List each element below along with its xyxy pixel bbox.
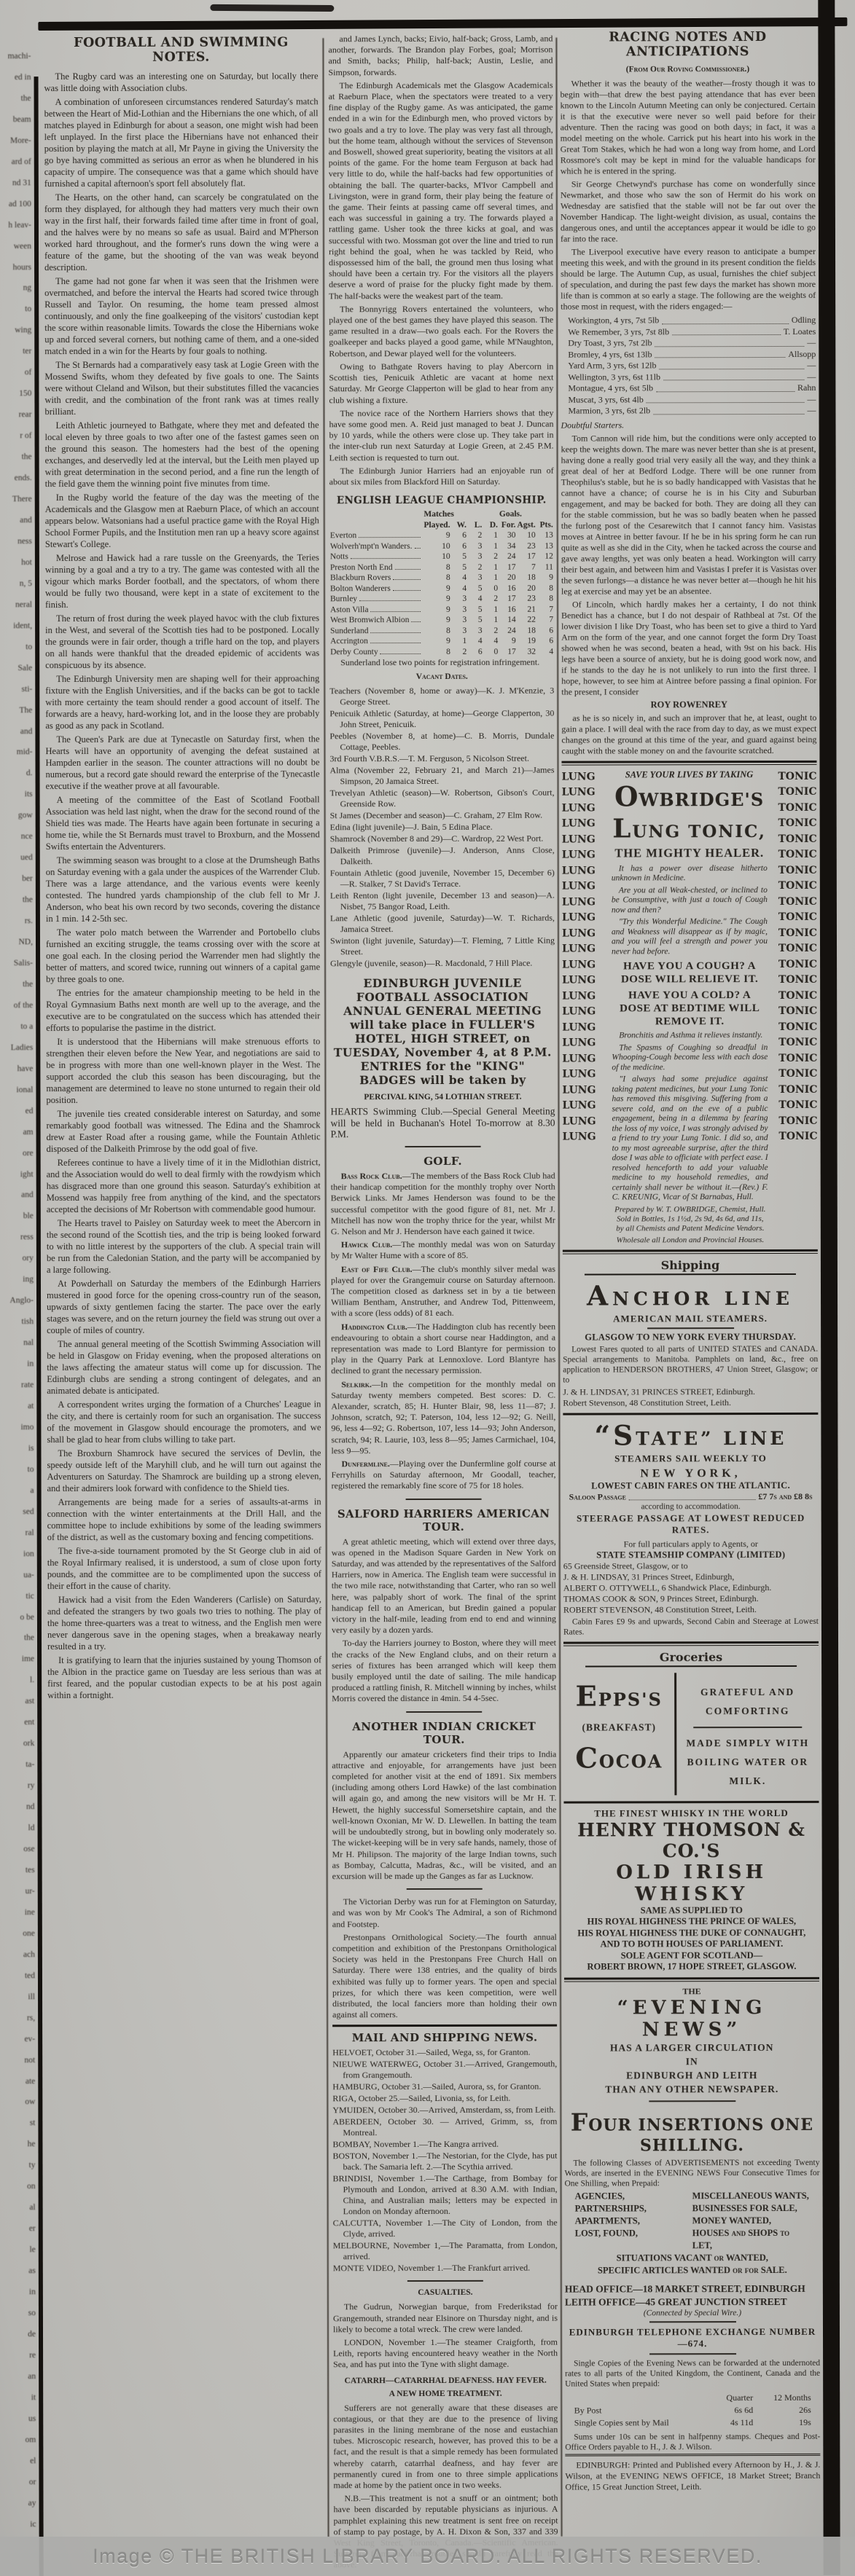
edge-fragment: ND,: [0, 938, 33, 946]
edge-fragment: rear: [0, 410, 32, 419]
article-paragraph: The Queen's Park are due at Tynecastle o…: [45, 733, 319, 792]
edge-fragment: ween: [0, 242, 31, 251]
border-word: LUNG: [562, 785, 607, 801]
article-paragraph: Hawick had a visit from the Eden Wandere…: [47, 1593, 321, 1652]
list-item: Lane Athletic (good juvenile, Saturday)—…: [330, 913, 555, 935]
border-word: TONIC: [772, 1035, 817, 1051]
article-paragraph: The five-a-side tournament promoted by t…: [47, 1544, 321, 1592]
league-row: Bolton Wanderers 9 4 5 0 16 20 8: [329, 583, 554, 594]
league-row: Burnley 9 3 4 2 17 23 8: [329, 594, 554, 605]
edge-fragment: is: [0, 1444, 34, 1453]
section-divider: [405, 1498, 482, 1499]
epps-brand: EPPS'S: [568, 1680, 670, 1713]
edge-fragment: it: [2, 2393, 36, 2402]
article-paragraph: Arrangements are being made for a series…: [47, 1496, 321, 1543]
edge-fragment: the: [0, 895, 33, 904]
weights-row: Muscat, 3 yrs, 6st 4lb—: [568, 393, 816, 405]
league-title: ENGLISH LEAGUE CHAMPIONSHIP.: [329, 495, 554, 507]
league-row: Blackburn Rovers 8 4 3 1 20 18 9: [329, 573, 554, 584]
article-paragraph: The Edinburgh Academicals met the Glasgo…: [329, 79, 554, 302]
edge-fragment: ter: [0, 347, 31, 356]
league-header: Played.: [423, 520, 450, 531]
edge-fragment: The: [0, 706, 32, 715]
category-item: PARTNERSHIPS,: [575, 2202, 692, 2215]
edge-fragment: the: [0, 980, 33, 989]
border-word: TONIC: [772, 800, 817, 816]
evening-news-line: IN: [564, 2054, 819, 2068]
salford-title: SALFORD HARRIERS AMERICAN TOUR.: [332, 1507, 556, 1534]
edge-fragment: sed: [1, 1507, 34, 1516]
article-paragraph: and James Lynch, backs; Eivio, half-back…: [328, 34, 553, 78]
anchor-agent-1: J. & H. LINDSAY, 31 PRINCES STREET, Edin…: [563, 1386, 818, 1397]
edge-fragment: beam: [0, 115, 31, 124]
edge-fragment: ate: [1, 2077, 35, 2086]
edge-fragment: rs,: [1, 2014, 35, 2022]
list-item: Fountain Athletic (good juvenile, Novemb…: [330, 868, 555, 890]
golf-title: GOLF.: [331, 1155, 555, 1169]
edge-fragment: ight: [0, 1170, 34, 1179]
juvenile-assoc-signature: PERCIVAL KING, 54 LOTHIAN STREET.: [330, 1093, 555, 1102]
edge-fragment: the: [0, 452, 32, 461]
library-watermark: Image © THE BRITISH LIBRARY BOARD. ALL R…: [0, 2537, 855, 2576]
border-word: TONIC: [772, 1019, 817, 1035]
shipping-news-list: HELVOET, October 31.—Sailed, Wega, ss, f…: [332, 2047, 558, 2274]
edge-fragment: Sale: [0, 664, 32, 672]
ad-divider: [649, 2100, 735, 2102]
border-word: LUNG: [562, 769, 607, 785]
golf-item: Selkirk.—In the competition for the mont…: [331, 1378, 555, 1456]
publisher-imprint: EDINBURGH: Printed and Published every A…: [565, 2453, 820, 2492]
advert-paragraph: It has a power over disease hitherto unk…: [612, 864, 768, 884]
epps-slogan-1: GRATEFUL AND COMFORTING: [679, 1682, 816, 1720]
edge-fragment: have: [0, 1064, 33, 1073]
edge-fragment: re: [2, 2351, 36, 2360]
edge-fragment: ard of: [0, 157, 31, 166]
list-item: Glengyle (juvenile, season)—R. Macdonald…: [330, 958, 555, 970]
evening-news-ad: THE “EVENING NEWS” HAS A LARGER CIRCULAT…: [564, 1985, 820, 2492]
article-paragraph: In the Rugby world the feature of the da…: [45, 491, 319, 550]
article-paragraph: The Liverpool executive have every reaso…: [561, 246, 816, 313]
list-item: Peebles (November 8, at home)—C. B. Morr…: [329, 731, 554, 753]
border-word: TONIC: [772, 863, 817, 879]
article-paragraph: A combination of unforeseen circumstance…: [44, 95, 319, 189]
edge-fragment: and: [0, 1191, 34, 1200]
edge-fragment: a: [1, 1486, 34, 1495]
article-paragraph: Of Lincoln, which hardly makes her a cer…: [561, 598, 816, 697]
league-row: Accrington 9 1 4 4 9 19 6: [329, 636, 554, 647]
cricket-title: ANOTHER INDIAN CRICKET TOUR.: [332, 1719, 556, 1746]
league-header: Agst.: [516, 519, 536, 530]
article-paragraph: Whether it was the beauty of the weather…: [561, 78, 816, 177]
edge-fragment: an: [2, 2372, 36, 2381]
edge-fragment: to: [1, 1465, 34, 1474]
article-paragraph: It is gratifying to learn that the injur…: [47, 1654, 321, 1701]
article-paragraph: The water polo match between the Warrend…: [46, 926, 320, 985]
postal-rates-note: Sums under 10s can be sent in halfpenny …: [565, 2431, 820, 2452]
weights-row: Dry Toast, 3 yrs, 7st 2lb—: [568, 337, 816, 349]
edge-fragment: and: [0, 727, 32, 736]
article-paragraph: A great athletic meeting, which will ext…: [332, 1536, 556, 1635]
cropped-edge-column: machi-ed inthebeamMore-ard ofnd 31ad 100…: [0, 52, 36, 2529]
rates-row: Single Copies sent by Mail 4s 11d 19s: [573, 2416, 813, 2429]
epps-product: COCOA: [568, 1742, 670, 1775]
article-paragraph: Leith Athletic journeyed to Bathgate, wh…: [45, 419, 319, 490]
article-paragraph: Sir George Chetwynd's purchase has come …: [561, 178, 816, 245]
edge-fragment: ime: [1, 1655, 34, 1664]
list-item: Teachers (November 8, home or away)—K. J…: [329, 686, 554, 708]
state-line-ad: “STATE” LINE STEAMERS SAIL WEEKLY TO NEW…: [563, 1418, 819, 1637]
agent-line: ROBERT STEVENSON, 48 Constitution Street…: [563, 1603, 819, 1615]
article-paragraph: The St Bernards had a comparatively easy…: [44, 358, 319, 417]
edge-fragment: gow: [0, 811, 33, 820]
owbridge-cold-line: HAVE YOU A COLD? A DOSE AT BEDTIME WILL …: [612, 989, 768, 1028]
list-item: Leith Renton (light juvenile, December 1…: [330, 890, 555, 913]
border-word: TONIC: [772, 925, 817, 941]
section-rule: [563, 1641, 819, 1646]
owbridge-wholesale: Wholesale all London and Provincial Hous…: [612, 1236, 768, 1245]
edge-fragment: on: [2, 2182, 36, 2191]
edge-fragment: so: [2, 2309, 36, 2317]
edge-fragment: ork: [1, 1739, 34, 1748]
whisky-line: HIS ROYAL HIGHNESS THE DUKE OF CONNAUGHT…: [564, 1927, 819, 1939]
rates-row: By Post 6s 6d 26s: [573, 2403, 813, 2416]
league-row: West Bromwich Albion 9 3 5 1 14 22 7: [329, 615, 554, 626]
border-word: LUNG: [562, 941, 607, 957]
shipping-item: RIGA, October 25.—Sailed, Livonia, ss, f…: [332, 2093, 557, 2105]
edge-fragment: sti-: [0, 685, 32, 694]
edge-fragment: ry: [1, 1781, 34, 1790]
edge-fragment: ed: [0, 1107, 34, 1115]
evening-news-line: EDINBURGH AND LEITH: [564, 2068, 819, 2082]
ad-divider: [649, 2321, 735, 2322]
advert-paragraph: Bronchitis and Asthma it relieves instan…: [612, 1031, 768, 1041]
list-item: St James (December and season)—C. Graham…: [330, 810, 555, 822]
catarrh-subtitle: A NEW HOME TREATMENT.: [333, 2389, 558, 2398]
football-headline: FOOTBALL AND SWIMMING NOTES.: [44, 35, 318, 65]
shipping-item: BRINDISI, November 1.—The Carthage, from…: [333, 2173, 558, 2218]
edge-fragment: There: [0, 495, 32, 503]
edge-fragment: nd 31: [0, 178, 31, 187]
golf-item: Hawick Club.—The monthly medal was won o…: [331, 1239, 555, 1262]
league-row: Everton 9 6 2 1 30 10 13: [329, 530, 554, 541]
shipping-item: HELVOET, October 31.—Sailed, Wega, ss, f…: [332, 2047, 557, 2059]
edge-fragment: ble: [0, 1212, 34, 1221]
border-word: TONIC: [772, 1113, 817, 1129]
border-word: LUNG: [562, 1067, 607, 1083]
anchor-line-route: GLASGOW TO NEW YORK EVERY THURSDAY.: [563, 1331, 818, 1343]
state-line-destination: NEW YORK,: [563, 1466, 819, 1480]
list-item: Penicuik Athletic (Saturday, at home)—Ge…: [329, 708, 554, 731]
edge-fragment: ral: [1, 1528, 34, 1537]
league-footnote: Sunderland lose two points for registrat…: [329, 657, 554, 669]
edge-fragment: ing: [0, 1275, 34, 1284]
border-word: TONIC: [772, 1004, 817, 1020]
edge-fragment: More-: [0, 136, 31, 145]
edge-fragment: st: [1, 2119, 35, 2128]
edge-fragment: tish: [0, 1317, 34, 1326]
edge-fragment: ent: [1, 1718, 34, 1727]
edge-fragment: Ladies: [0, 1043, 33, 1052]
weights-row: Montague, 4 yrs, 6st 5lbRahn: [568, 382, 816, 394]
edge-fragment: ness: [0, 537, 32, 546]
border-word: TONIC: [772, 785, 817, 801]
catarrh-title: CATARRH—CATARRHAL DEAFNESS. HAY FEVER.: [333, 2376, 558, 2385]
fare-value: £7 7s and £8 8s: [758, 1491, 812, 1501]
border-word: LUNG: [562, 801, 607, 817]
agent-line: ALBERT O. OTTYWELL, 6 Shandwick Place, E…: [563, 1582, 819, 1593]
owbridge-product: LUNG TONIC,: [612, 814, 768, 844]
edge-fragment: Anglo-: [0, 1296, 34, 1305]
juvenile-assoc-notice: EDINBURGH JUVENILE FOOTBALL ASSOCIATION …: [330, 976, 555, 1088]
weights-row: Bromley, 4 yrs, 6st 13lbAllsopp: [568, 348, 816, 360]
owbridge-ad-body: SAVE YOUR LIVES BY TAKING OWBRIDGE'S LUN…: [607, 769, 773, 1245]
whisky-line: AND TO BOTH HOUSES OF PARLIAMENT.: [564, 1939, 819, 1950]
section-divider: [407, 2280, 483, 2282]
edge-fragment: ional: [0, 1085, 33, 1094]
border-word: TONIC: [772, 879, 817, 895]
league-group-matches: Matches: [423, 509, 499, 520]
edge-fragment: mid-: [0, 748, 32, 757]
owbridge-border-right: TONICTONICTONICTONICTONICTONICTONICTONIC…: [772, 769, 818, 1244]
anchor-line-name: ANCHOR LINE: [563, 1279, 818, 1311]
edge-fragment: le: [2, 2245, 36, 2254]
column-rule-1: [322, 38, 329, 2537]
article-paragraph: The Hearts, on the other hand, can scarc…: [44, 191, 319, 273]
edge-fragment: nal: [0, 1338, 34, 1347]
edge-fragment: 150: [0, 389, 31, 398]
section-rule: [561, 760, 816, 765]
advert-paragraph: "I always had some prejudice against tak…: [612, 1075, 768, 1203]
racing-tip: ROY ROWENREY: [561, 699, 816, 710]
scan-ink-smudge: [210, 4, 334, 12]
article-paragraph: The return of frost during the week play…: [45, 612, 319, 671]
edge-fragment: ua-: [1, 1571, 34, 1579]
category-item: BUSINESSES FOR SALE,: [692, 2202, 810, 2214]
epps-brand-block: EPPS'S (BREAKFAST) COCOA: [563, 1673, 676, 1795]
column-racing-adverts: RACING NOTES AND ANTICIPATIONS (From Our…: [560, 28, 820, 2494]
edge-fragment: to: [0, 643, 32, 651]
border-word: LUNG: [563, 1129, 608, 1145]
shipping-item: HAMBURG, October 31.—Sailed, Aurora, ss,…: [332, 2081, 557, 2093]
border-word: TONIC: [772, 769, 817, 785]
edge-fragment: ident,: [0, 621, 32, 630]
evening-news-line: HAS A LARGER CIRCULATION: [564, 2040, 819, 2054]
state-steerage: STEERAGE PASSAGE AT LOWEST REDUCED RATES…: [563, 1512, 819, 1536]
edge-fragment: nd: [1, 1802, 34, 1811]
evening-news-intro: The following Classes of ADVERTISEMENTS …: [565, 2157, 820, 2188]
edge-fragment: am: [0, 1128, 34, 1136]
thomson-whisky-ad: THE FINEST WHISKY IN THE WORLD HENRY THO…: [563, 1807, 819, 1973]
edge-fragment: d.: [0, 769, 33, 778]
edge-fragment: om: [2, 2435, 36, 2444]
whisky-line: SAME AS SUPPLIED TO: [564, 1904, 819, 1916]
border-word: TONIC: [772, 816, 817, 832]
weights-row: Wellington, 3 yrs, 6st 11lb—: [568, 371, 816, 382]
shipping-item: BOMBAY, November 1.—The Kangra arrived.: [332, 2139, 557, 2151]
article-paragraph: The Edinburgh University men are shaping…: [45, 672, 319, 731]
edge-fragment: machi-: [0, 52, 31, 60]
weights-row: Yard Arm, 3 yrs, 6st 12lb—: [568, 360, 816, 372]
whisky-top-line: THE FINEST WHISKY IN THE WORLD: [563, 1807, 819, 1819]
border-word: TONIC: [772, 831, 817, 847]
article-paragraph: The novice race of the Northern Harriers…: [329, 407, 553, 463]
edge-fragment: ted: [1, 1971, 35, 1980]
edge-fragment: or: [2, 2478, 36, 2486]
border-word: LUNG: [562, 1083, 607, 1099]
edge-fragment: ty: [2, 2161, 36, 2169]
ad-divider: [693, 1726, 803, 1727]
edge-fragment: n, 5: [0, 579, 32, 588]
owbridge-brand: OWBRIDGE'S: [612, 780, 768, 812]
owbridge-subtitle: THE MIGHTY HEALER.: [612, 846, 768, 860]
league-header: L.: [467, 519, 483, 530]
edge-fragment: ic: [3, 2520, 36, 2529]
column-football: FOOTBALL AND SWIMMING NOTES. The Rugby c…: [44, 34, 321, 1703]
edge-fragment: neral: [0, 600, 32, 609]
border-word: TONIC: [772, 910, 817, 926]
shipping-news-title: MAIL AND SHIPPING NEWS.: [332, 2031, 557, 2045]
anchor-line-ad: ANCHOR LINE AMERICAN MAIL STEAMERS. GLAS…: [563, 1279, 818, 1408]
border-word: TONIC: [772, 973, 817, 989]
weights-footer: Doubtful Starters.: [561, 419, 816, 431]
ad-divider: [649, 2353, 736, 2355]
whisky-product: OLD IRISH WHISKY: [564, 1861, 819, 1905]
edge-fragment: the: [0, 94, 31, 103]
league-group-goals: Goals.: [499, 509, 536, 520]
vacant-dates-list: Teachers (November 8, home or away)—K. J…: [329, 686, 555, 970]
article-paragraph: The Edinburgh Junior Harriers had an enj…: [329, 465, 554, 487]
edge-fragment: rate: [0, 1381, 34, 1389]
state-accommodation: according to accommodation.: [563, 1501, 819, 1511]
edge-fragment: de: [2, 2330, 36, 2339]
evening-news-wire: (Connected by Special Wire.): [565, 2308, 820, 2317]
edge-fragment: tes: [1, 1866, 35, 1874]
weights-list: Workington, 4 yrs, 7st 5lbOdling We Reme…: [568, 315, 816, 417]
state-line-sub3: LOWEST CABIN FARES ON THE ATLANTIC.: [563, 1480, 819, 1491]
edge-fragment: Salis-: [0, 959, 33, 967]
edge-fragment: to a: [0, 1022, 33, 1031]
ad-divider: [647, 1327, 734, 1329]
edge-fragment: us: [2, 2414, 36, 2423]
edge-fragment: imo: [0, 1423, 34, 1432]
state-company: STATE STEAMSHIP COMPANY (LIMITED): [563, 1549, 819, 1560]
edge-fragment: wing: [0, 326, 31, 335]
anchor-line-sub: AMERICAN MAIL STEAMERS.: [563, 1312, 818, 1324]
edge-fragment: ow: [1, 2098, 35, 2107]
list-item: Dalkeith Primrose (juvenile)—J. Anderson…: [330, 845, 555, 868]
state-fares: Cabin Fares £9 9s and upwards, Second Ca…: [563, 1616, 819, 1637]
edge-fragment: el: [2, 2457, 36, 2465]
state-address: 65 Greenside Street, Glasgow, or to: [563, 1560, 819, 1571]
edge-fragment: o be: [1, 1613, 34, 1622]
article-paragraph: The Rugby card was an interesting one on…: [44, 70, 318, 94]
edge-fragment: ld: [1, 1823, 35, 1832]
edge-fragment: to: [0, 305, 31, 314]
edge-fragment: he: [1, 2140, 35, 2148]
category-item: LOST, FOUND,: [575, 2227, 692, 2239]
edge-fragment: ad 100: [0, 200, 31, 208]
edge-fragment: not: [1, 2056, 35, 2065]
border-word: LUNG: [562, 895, 607, 911]
border-word: LUNG: [562, 816, 607, 832]
league-header: W.: [450, 520, 466, 531]
edge-fragment: ine: [1, 1908, 35, 1917]
edge-fragment: ast: [1, 1697, 34, 1705]
newspaper-page-scan: machi-ed inthebeamMore-ard ofnd 31ad 100…: [0, 0, 855, 2576]
border-word: LUNG: [563, 1114, 608, 1130]
border-word: LUNG: [562, 1051, 607, 1067]
border-word: LUNG: [562, 910, 607, 926]
edge-fragment: as: [2, 2266, 36, 2275]
border-word: TONIC: [772, 941, 817, 957]
article-paragraph: A meeting of the committee of the East o…: [46, 793, 320, 852]
whisky-line: HIS ROYAL HIGHNESS THE PRINCE OF WALES,: [564, 1916, 819, 1928]
edge-fragment: and: [0, 516, 32, 525]
category-item: SPECIFIC ARTICLES WANTED or for SALE.: [565, 2263, 820, 2277]
advert-paragraph: Are you at all Weak-chested, or inclined…: [612, 886, 768, 916]
golf-item: Bass Rock Club.—The members of the Bass …: [331, 1171, 555, 1238]
edge-fragment: ed in: [0, 73, 31, 82]
article-paragraph: Melrose and Hawick had a rare tussle on …: [45, 551, 319, 610]
state-line-name: “STATE” LINE: [563, 1418, 818, 1451]
owbridge-border-left: LUNGLUNGLUNGLUNGLUNGLUNGLUNGLUNGLUNGLUNG…: [562, 769, 608, 1245]
category-item: AGENCIES,: [575, 2190, 692, 2202]
edge-fragment: ta-: [1, 1760, 34, 1769]
telephone-exchange-title: EDINBURGH TELEPHONE EXCHANGE NUMBER—674.: [565, 2325, 820, 2349]
shipping-item: NIEUWE WATERWEG, October 31.—Arrived, Gr…: [332, 2059, 557, 2081]
edge-fragment: ng: [0, 284, 31, 293]
border-word: LUNG: [562, 1020, 607, 1036]
edge-fragment: at: [0, 1402, 34, 1410]
edge-fragment: ev-: [1, 2035, 35, 2043]
article-paragraph: The annual general meeting of the Scotti…: [47, 1338, 321, 1397]
edge-fragment: hot: [0, 558, 32, 567]
fare-label: Saloon Passage: [569, 1491, 626, 1502]
league-row: Wolverh'mpt'n Wanders. 10 6 3 1 34 23 13: [329, 541, 554, 551]
border-word: TONIC: [772, 957, 817, 973]
epps-slogan-block: GRATEFUL AND COMFORTING MADE SIMPLY WITH…: [676, 1672, 819, 1794]
border-word: TONIC: [772, 1067, 817, 1083]
article-paragraph: Referees continue to have a lively time …: [47, 1156, 321, 1215]
border-word: LUNG: [562, 957, 607, 973]
edge-fragment: tic: [1, 1592, 34, 1601]
league-row: Aston Villa 9 3 5 1 16 21 7: [329, 604, 554, 615]
golf-item: Haddington Club.—The Haddington club has…: [331, 1321, 555, 1377]
advert-paragraph: Sufferers are not generally aware that t…: [333, 2402, 558, 2491]
league-row: Sunderland 8 3 3 2 24 18 6: [329, 625, 554, 636]
article-paragraph: The Broxburn Shamrock have secured the s…: [47, 1447, 321, 1494]
epps-cocoa-ad: EPPS'S (BREAKFAST) COCOA GRATEFUL AND CO…: [563, 1672, 819, 1795]
shipping-item: CALCUTTA, November 1.—The City of London…: [333, 2218, 558, 2240]
article-paragraph: The swimming season was brought to a clo…: [46, 854, 320, 924]
evening-news-offer: FOUR INSERTIONS ONE SHILLING.: [564, 2107, 819, 2155]
edge-fragment: ach: [1, 1950, 35, 1959]
edge-fragment: ber: [0, 874, 33, 883]
state-line-sub1: STEAMERS SAIL WEEKLY TO: [563, 1452, 818, 1464]
border-word: LUNG: [562, 1098, 607, 1114]
edge-fragment: al: [2, 2203, 36, 2212]
evening-news-line: THAN ANY OTHER NEWSPAPER.: [564, 2081, 819, 2096]
category-item: SITUATIONS VACANT or WANTED,: [565, 2251, 820, 2264]
edge-fragment: er: [2, 2224, 36, 2233]
border-word: TONIC: [772, 847, 817, 863]
border-word: LUNG: [562, 832, 607, 848]
list-item: Trevelyan Athletic (season)—W. Robertson…: [330, 788, 555, 810]
article-paragraph: The Bonnyrigg Rovers entertained the vol…: [329, 304, 553, 360]
edge-fragment: of: [0, 368, 31, 377]
owbridge-cough-line: HAVE YOU A COUGH? A DOSE WILL RELIEVE IT…: [612, 959, 768, 986]
shipping-item: MONTE VIDEO, November 1.—The Frankfurt a…: [333, 2263, 558, 2274]
